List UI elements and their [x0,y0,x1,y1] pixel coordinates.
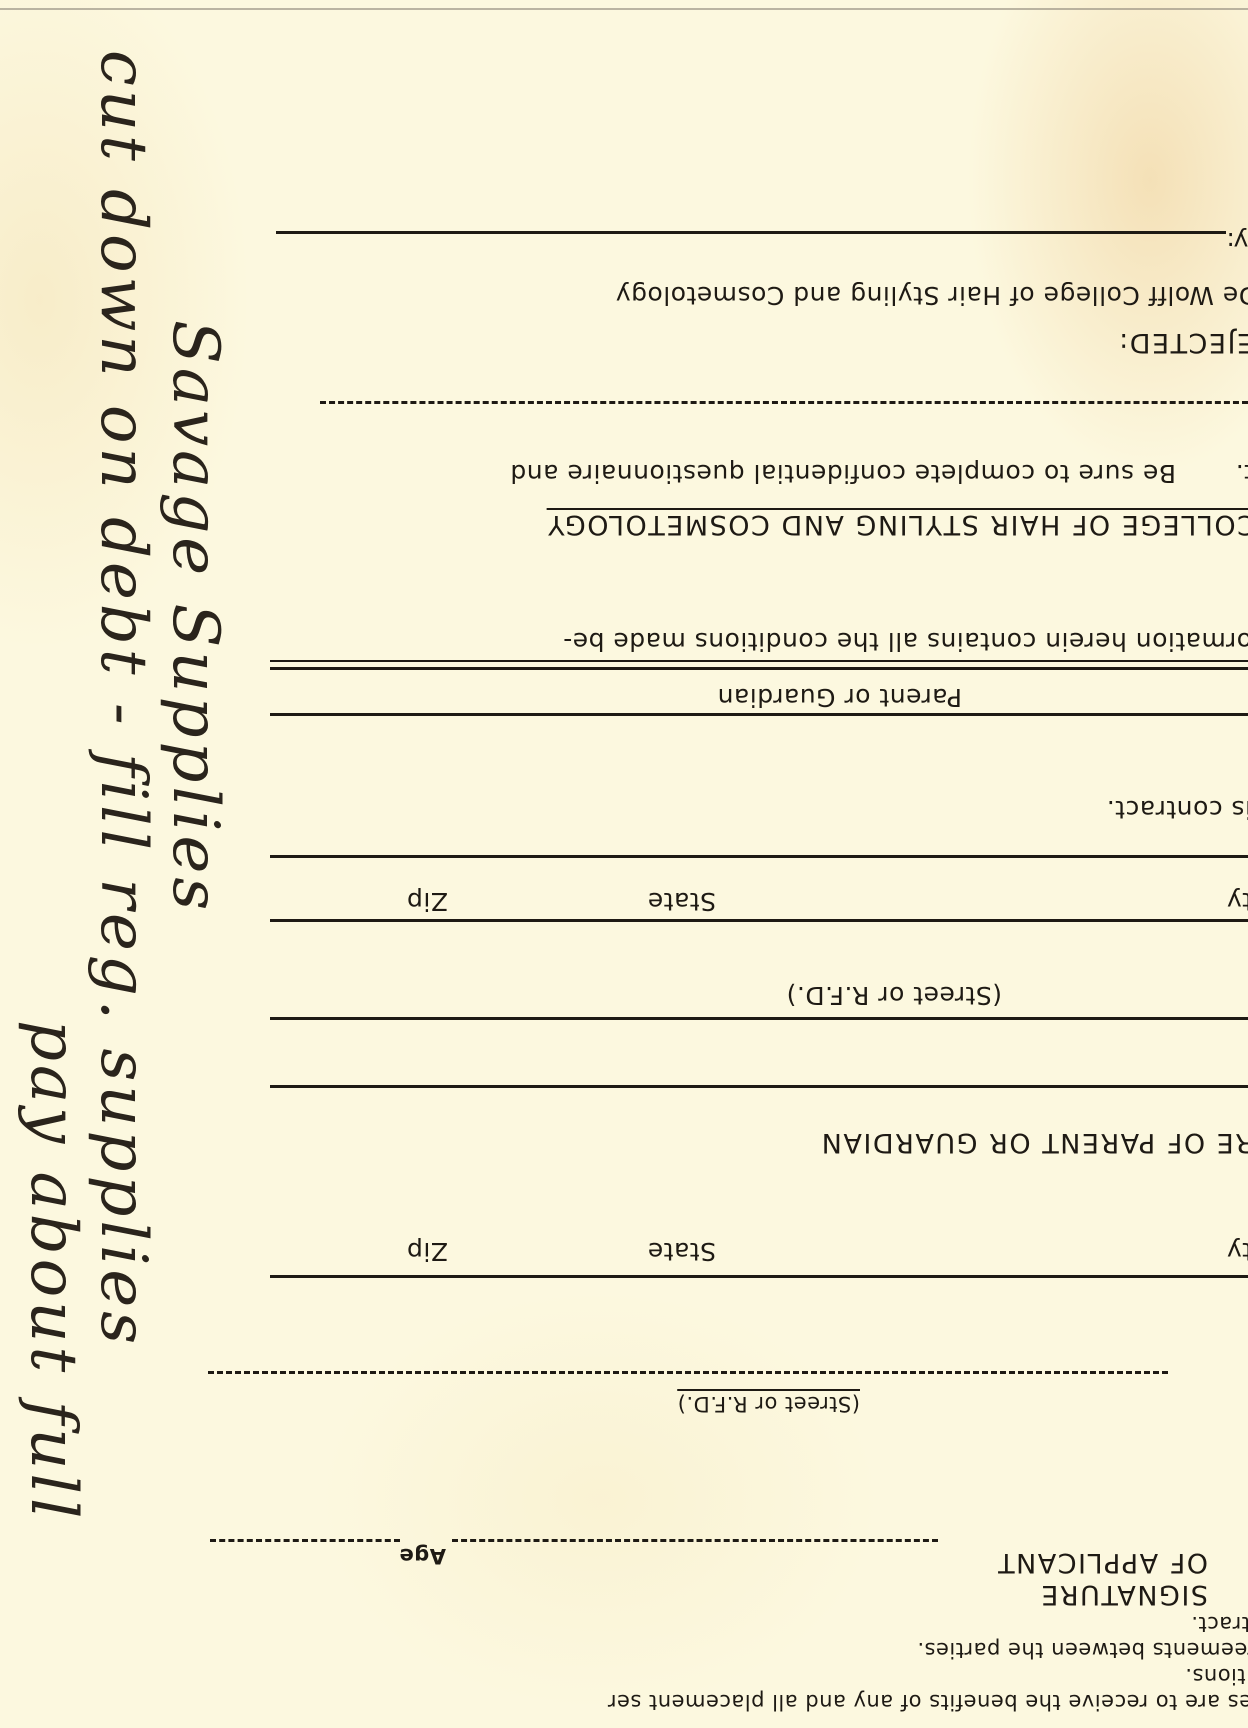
contract-text-fragment: tract. [1191,1612,1248,1636]
contract-text: is contract. [1106,795,1248,824]
handwriting-line-2: cut down on debt - fill reg. supplies [86,50,160,1348]
contract-line[interactable] [270,855,1248,858]
parent-signature-line[interactable] [270,1085,1248,1088]
conditions-text: itions. [1185,1664,1248,1688]
parent-signature-heading: RE OF PARENT OR GUARDIAN [820,1127,1248,1158]
agreements-text: reements between the parties. [917,1638,1248,1662]
age-label: Age [399,1544,446,1568]
applicant-city-line[interactable] [270,1275,1248,1278]
age-field-line[interactable] [210,1539,400,1542]
city-label-2: ty [1226,887,1248,916]
parent-city-line[interactable] [270,919,1248,922]
signature-heading: SIGNATURE [1040,1579,1208,1610]
college-heading: COLLEGE OF HAIR STYLING AND COSMETOLOGY [547,509,1248,540]
instruction-prefix: t. [1235,459,1248,488]
school-name-line: De Wolff College of Hair Styling and Cos… [615,281,1248,310]
applicant-heading: OF APPLICANT [997,1547,1208,1578]
street-label-2: (Street or R.F.D.) [786,981,1002,1010]
by-signature-line[interactable] [276,231,1226,234]
handwriting-line-1: Savage Supplies [158,320,232,914]
zip-label-1: Zip [407,1237,448,1266]
instruction-text: Be sure to complete confidential questio… [510,459,1176,488]
double-rule-top [270,667,1248,670]
state-label-1: State [647,1237,716,1266]
parent-street-line[interactable] [270,1017,1248,1020]
placement-text: uates are to receive the benefits of any… [607,1690,1248,1714]
zip-label-2: Zip [407,887,448,916]
double-rule-bottom [270,660,1248,662]
city-label-1: ty [1226,1237,1248,1266]
rejected-label: EJECTED: [1118,327,1248,358]
scanned-document: uates are to receive the benefits of any… [0,0,1248,1728]
by-label: By: [1226,227,1248,256]
handwriting-line-3: pay about full [16,1020,90,1522]
cut-line [320,401,1248,404]
applicant-signature-line[interactable] [452,1539,938,1542]
parent-or-guardian-label: Parent or Guardian [717,683,962,712]
state-label-2: State [647,887,716,916]
street-label-1: (Street or R.F.D.) [677,1392,860,1416]
applicant-street-line[interactable] [208,1371,1168,1374]
parent-or-guardian-line[interactable] [270,713,1248,716]
information-text: ormation herein contains all the conditi… [563,627,1248,656]
